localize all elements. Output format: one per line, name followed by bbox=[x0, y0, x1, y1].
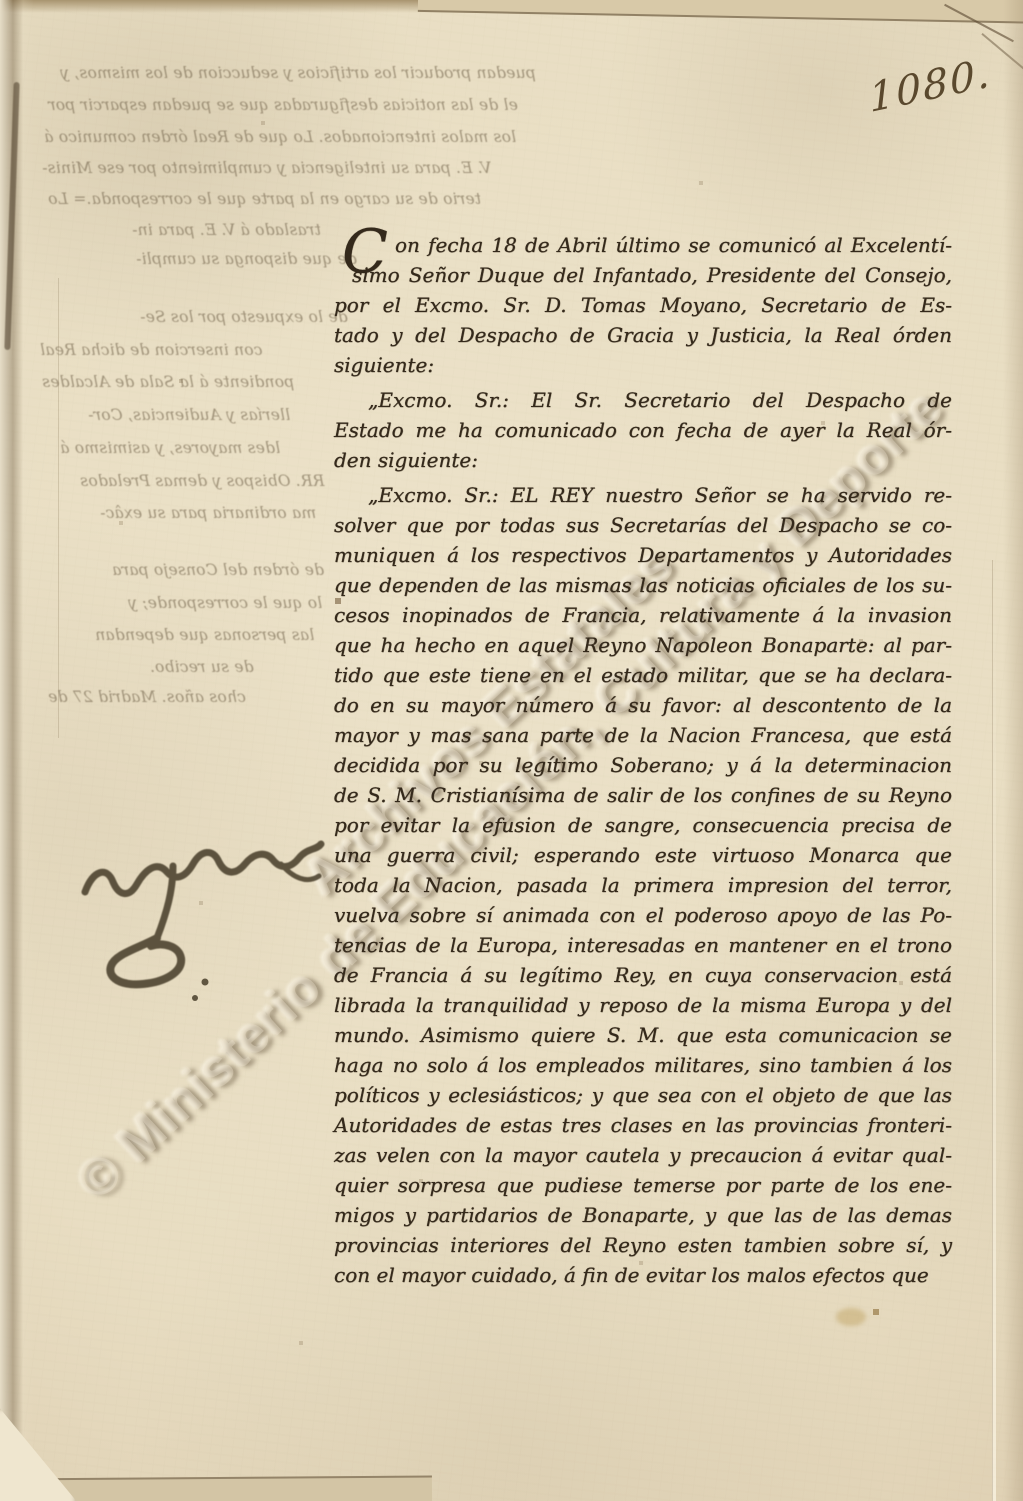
printed-line: haga no solo á los empleados militares, … bbox=[334, 1050, 952, 1080]
printed-line: tido que este tiene en el estado militar… bbox=[334, 660, 952, 690]
printed-line: políticos y eclesiásticos; y que sea con… bbox=[334, 1080, 952, 1110]
printed-line: solver que por todas sus Secretarías del… bbox=[334, 510, 952, 540]
printed-line: librada la tranquilidad y reposo de la m… bbox=[334, 990, 952, 1020]
bleed-through-line: de órden del Consejo para bbox=[112, 563, 324, 579]
printed-line: toda la Nacion, pasada la primera impres… bbox=[334, 870, 952, 900]
bleed-through-line: ldes mayores, y asimismo á bbox=[60, 441, 280, 457]
bleed-through-line: las personas que dependan bbox=[95, 628, 314, 644]
bleed-through-line: chos años. Madrid 27 de bbox=[48, 690, 246, 706]
printed-line: provincias interiores del Reyno esten ta… bbox=[334, 1230, 952, 1260]
printed-line: simo Señor Duque del Infantado, Presiden… bbox=[334, 260, 952, 290]
printed-line: „Excmo. Sr.: EL REY nuestro Señor se ha … bbox=[334, 480, 952, 510]
printed-line: decidida por su legítimo Soberano; y á l… bbox=[334, 750, 952, 780]
printed-line: tado y del Despacho de Gracia y Justicia… bbox=[334, 320, 952, 350]
bleed-through-line: RR. Obispos y demas Prelados bbox=[80, 474, 325, 490]
bleed-through-line: los malos intencionados. Lo que de Real … bbox=[44, 130, 516, 146]
printed-line: den siguiente: bbox=[334, 445, 952, 475]
printed-line: por evitar la efusion de sangre, consecu… bbox=[334, 810, 952, 840]
printed-line: con el mayor cuidado, á fin de evitar lo… bbox=[334, 1260, 952, 1290]
printed-line: mayor y mas sana parte de la Nacion Fran… bbox=[334, 720, 952, 750]
printed-line: una guerra civil; esperando este virtuos… bbox=[334, 840, 952, 870]
printed-line: tencias de la Europa, interesadas en man… bbox=[334, 930, 952, 960]
bleed-through-line: lo que le corresponde; y bbox=[128, 596, 322, 612]
printed-line: Estado me ha comunicado con fecha de aye… bbox=[334, 415, 952, 445]
printed-line: muniquen á los respectivos Departamentos… bbox=[334, 540, 952, 570]
bleed-through-line: de su recibo. bbox=[150, 660, 254, 676]
bleed-through-line: de que disponga su cumpli- bbox=[136, 252, 357, 268]
signature-ink-bleed bbox=[55, 800, 355, 1030]
printed-line: que dependen de las mismas las noticias … bbox=[334, 570, 952, 600]
printed-line: on fecha 18 de Abril último se comunicó … bbox=[334, 230, 952, 260]
printed-text-block: Con fecha 18 de Abril último se comunicó… bbox=[334, 230, 952, 1295]
bleed-through-line: puedan producir los artificios y seducci… bbox=[60, 66, 536, 82]
printed-line: cesos inopinados de Francia, relativamen… bbox=[334, 600, 952, 630]
printed-line: vuelva sobre sí animada con el poderoso … bbox=[334, 900, 952, 930]
printed-line: „Excmo. Sr.: El Sr. Secretario del Despa… bbox=[334, 385, 952, 415]
printed-line: mundo. Asimismo quiere S. M. que esta co… bbox=[334, 1020, 952, 1050]
bleed-through-line: el de las noticias desfiguradas que se p… bbox=[48, 98, 518, 114]
printed-line: do en su mayor número á su favor: al des… bbox=[334, 690, 952, 720]
printed-line: de S. M. Cristianísima de salir de los c… bbox=[334, 780, 952, 810]
printed-line: migos y partidarios de Bonaparte, y que … bbox=[334, 1200, 952, 1230]
bleed-through-line: V. E. para su inteligencia y cumplimient… bbox=[42, 161, 491, 177]
paragraph: Con fecha 18 de Abril último se comunicó… bbox=[334, 230, 952, 380]
printed-line: zas velen con la mayor cautela y precauc… bbox=[334, 1140, 952, 1170]
printed-line: de Francia á su legítimo Rey, en cuya co… bbox=[334, 960, 952, 990]
drop-cap-letter: C bbox=[342, 224, 388, 280]
paragraph: „Excmo. Sr.: El Sr. Secretario del Despa… bbox=[334, 385, 952, 475]
paragraph: „Excmo. Sr.: EL REY nuestro Señor se ha … bbox=[334, 480, 952, 1290]
printed-line: Autoridades de estas tres clases en las … bbox=[334, 1110, 952, 1140]
bleed-through-line: con insercion de dicha Real bbox=[40, 343, 262, 359]
printed-line: que ha hecho en aquel Reyno Napoleon Bon… bbox=[334, 630, 952, 660]
printed-line: quier sorpresa que pudiese temerse por p… bbox=[334, 1170, 952, 1200]
printed-line: siguiente: bbox=[334, 350, 952, 380]
bleed-through-line: terio de su cargo en la parte que le cor… bbox=[48, 192, 481, 208]
bleed-through-line: pondiente á la Sala de Alcaldes bbox=[42, 375, 294, 391]
bleed-through-line: de lo expuesto por los Se- bbox=[140, 310, 348, 326]
scanned-document-page: © Ministerio de Educación, Cultura y Dep… bbox=[0, 0, 1023, 1501]
bleed-through-line: llerías y Audiencias, Cor- bbox=[88, 408, 290, 424]
printed-line: por el Excmo. Sr. D. Tomas Moyano, Secre… bbox=[334, 290, 952, 320]
bleed-through-line: ma ordinaria para su exâc- bbox=[100, 506, 316, 522]
bleed-through-line: traslado á V. E. para in- bbox=[132, 223, 321, 239]
